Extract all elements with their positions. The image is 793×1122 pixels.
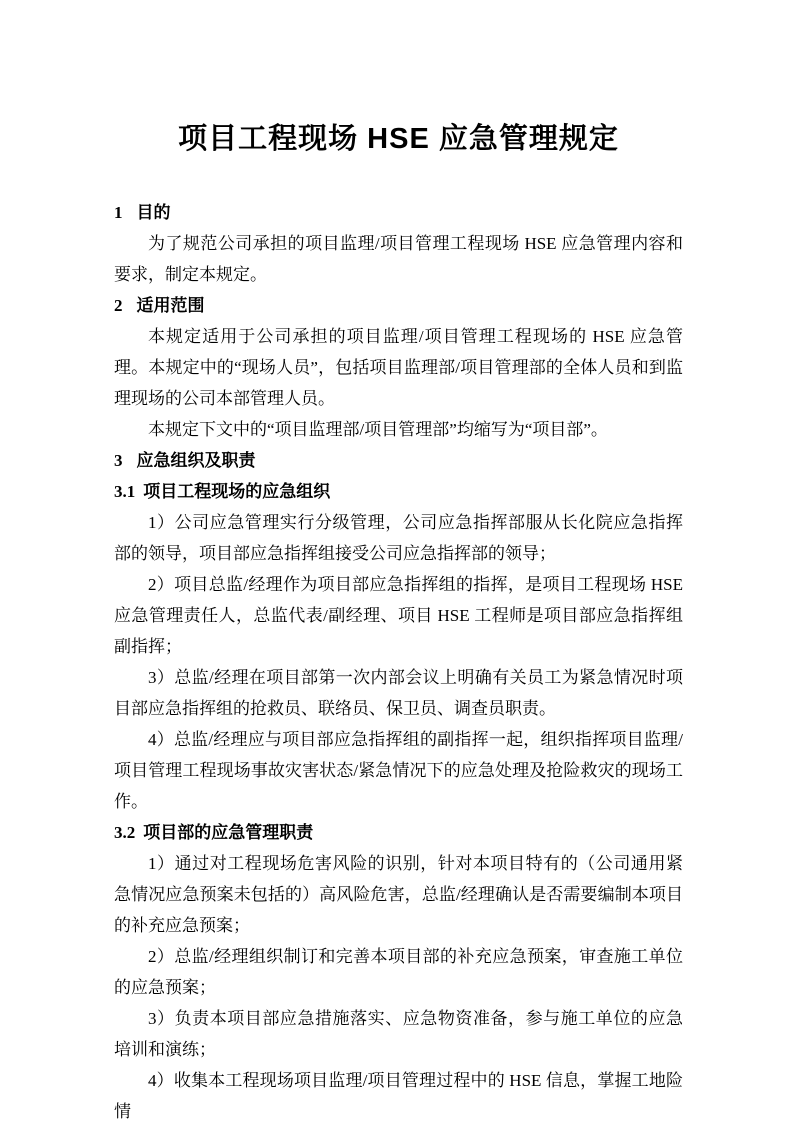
section-heading-scope: 2适用范围: [114, 290, 683, 321]
list-item-3-1-1: 1）公司应急管理实行分级管理，公司应急指挥部服从长化院应急指挥部的领导，项目部应…: [114, 507, 683, 569]
section-heading-organization: 3应急组织及职责: [114, 445, 683, 476]
subsection-heading-text: 项目工程现场的应急组织: [143, 482, 330, 501]
list-item-3-2-3: 3）负责本项目部应急措施落实、应急物资准备，参与施工单位的应急培训和演练；: [114, 1003, 683, 1065]
subsection-heading-3-1: 3.1项目工程现场的应急组织: [114, 476, 683, 507]
section-heading-text: 应急组织及职责: [137, 451, 256, 470]
paragraph-scope-2: 本规定下文中的“项目监理部/项目管理部”均缩写为“项目部”。: [114, 414, 683, 445]
paragraph-scope-1: 本规定适用于公司承担的项目监理/项目管理工程现场的 HSE 应急管理。本规定中的…: [114, 321, 683, 414]
document-body: 1目的 为了规范公司承担的项目监理/项目管理工程现场 HSE 应急管理内容和要求…: [114, 197, 683, 1122]
list-item-3-2-2: 2）总监/经理组织制订和完善本项目部的补充应急预案，审查施工单位的应急预案；: [114, 941, 683, 1003]
subsection-number: 3.1: [114, 476, 135, 507]
document-title: 项目工程现场 HSE 应急管理规定: [114, 116, 683, 162]
section-number: 1: [114, 197, 123, 228]
subsection-heading-text: 项目部的应急管理职责: [143, 823, 313, 842]
list-item-3-1-2: 2）项目总监/经理作为项目部应急指挥组的指挥，是项目工程现场 HSE 应急管理责…: [114, 569, 683, 662]
section-number: 2: [114, 290, 123, 321]
list-item-3-2-4: 4）收集本工程现场项目监理/项目管理过程中的 HSE 信息，掌握工地险情: [114, 1065, 683, 1122]
section-heading-text: 适用范围: [137, 296, 205, 315]
section-heading-purpose: 1目的: [114, 197, 683, 228]
subsection-number: 3.2: [114, 817, 135, 848]
paragraph-purpose: 为了规范公司承担的项目监理/项目管理工程现场 HSE 应急管理内容和要求，制定本…: [114, 228, 683, 290]
list-item-3-1-4: 4）总监/经理应与项目部应急指挥组的副指挥一起，组织指挥项目监理/项目管理工程现…: [114, 724, 683, 817]
section-number: 3: [114, 445, 123, 476]
list-item-3-2-1: 1）通过对工程现场危害风险的识别，针对本项目特有的（公司通用紧急情况应急预案未包…: [114, 848, 683, 941]
list-item-3-1-3: 3）总监/经理在项目部第一次内部会议上明确有关员工为紧急情况时项目部应急指挥组的…: [114, 662, 683, 724]
document-page: 项目工程现场 HSE 应急管理规定 1目的 为了规范公司承担的项目监理/项目管理…: [0, 0, 793, 1122]
subsection-heading-3-2: 3.2项目部的应急管理职责: [114, 817, 683, 848]
section-heading-text: 目的: [137, 203, 171, 222]
